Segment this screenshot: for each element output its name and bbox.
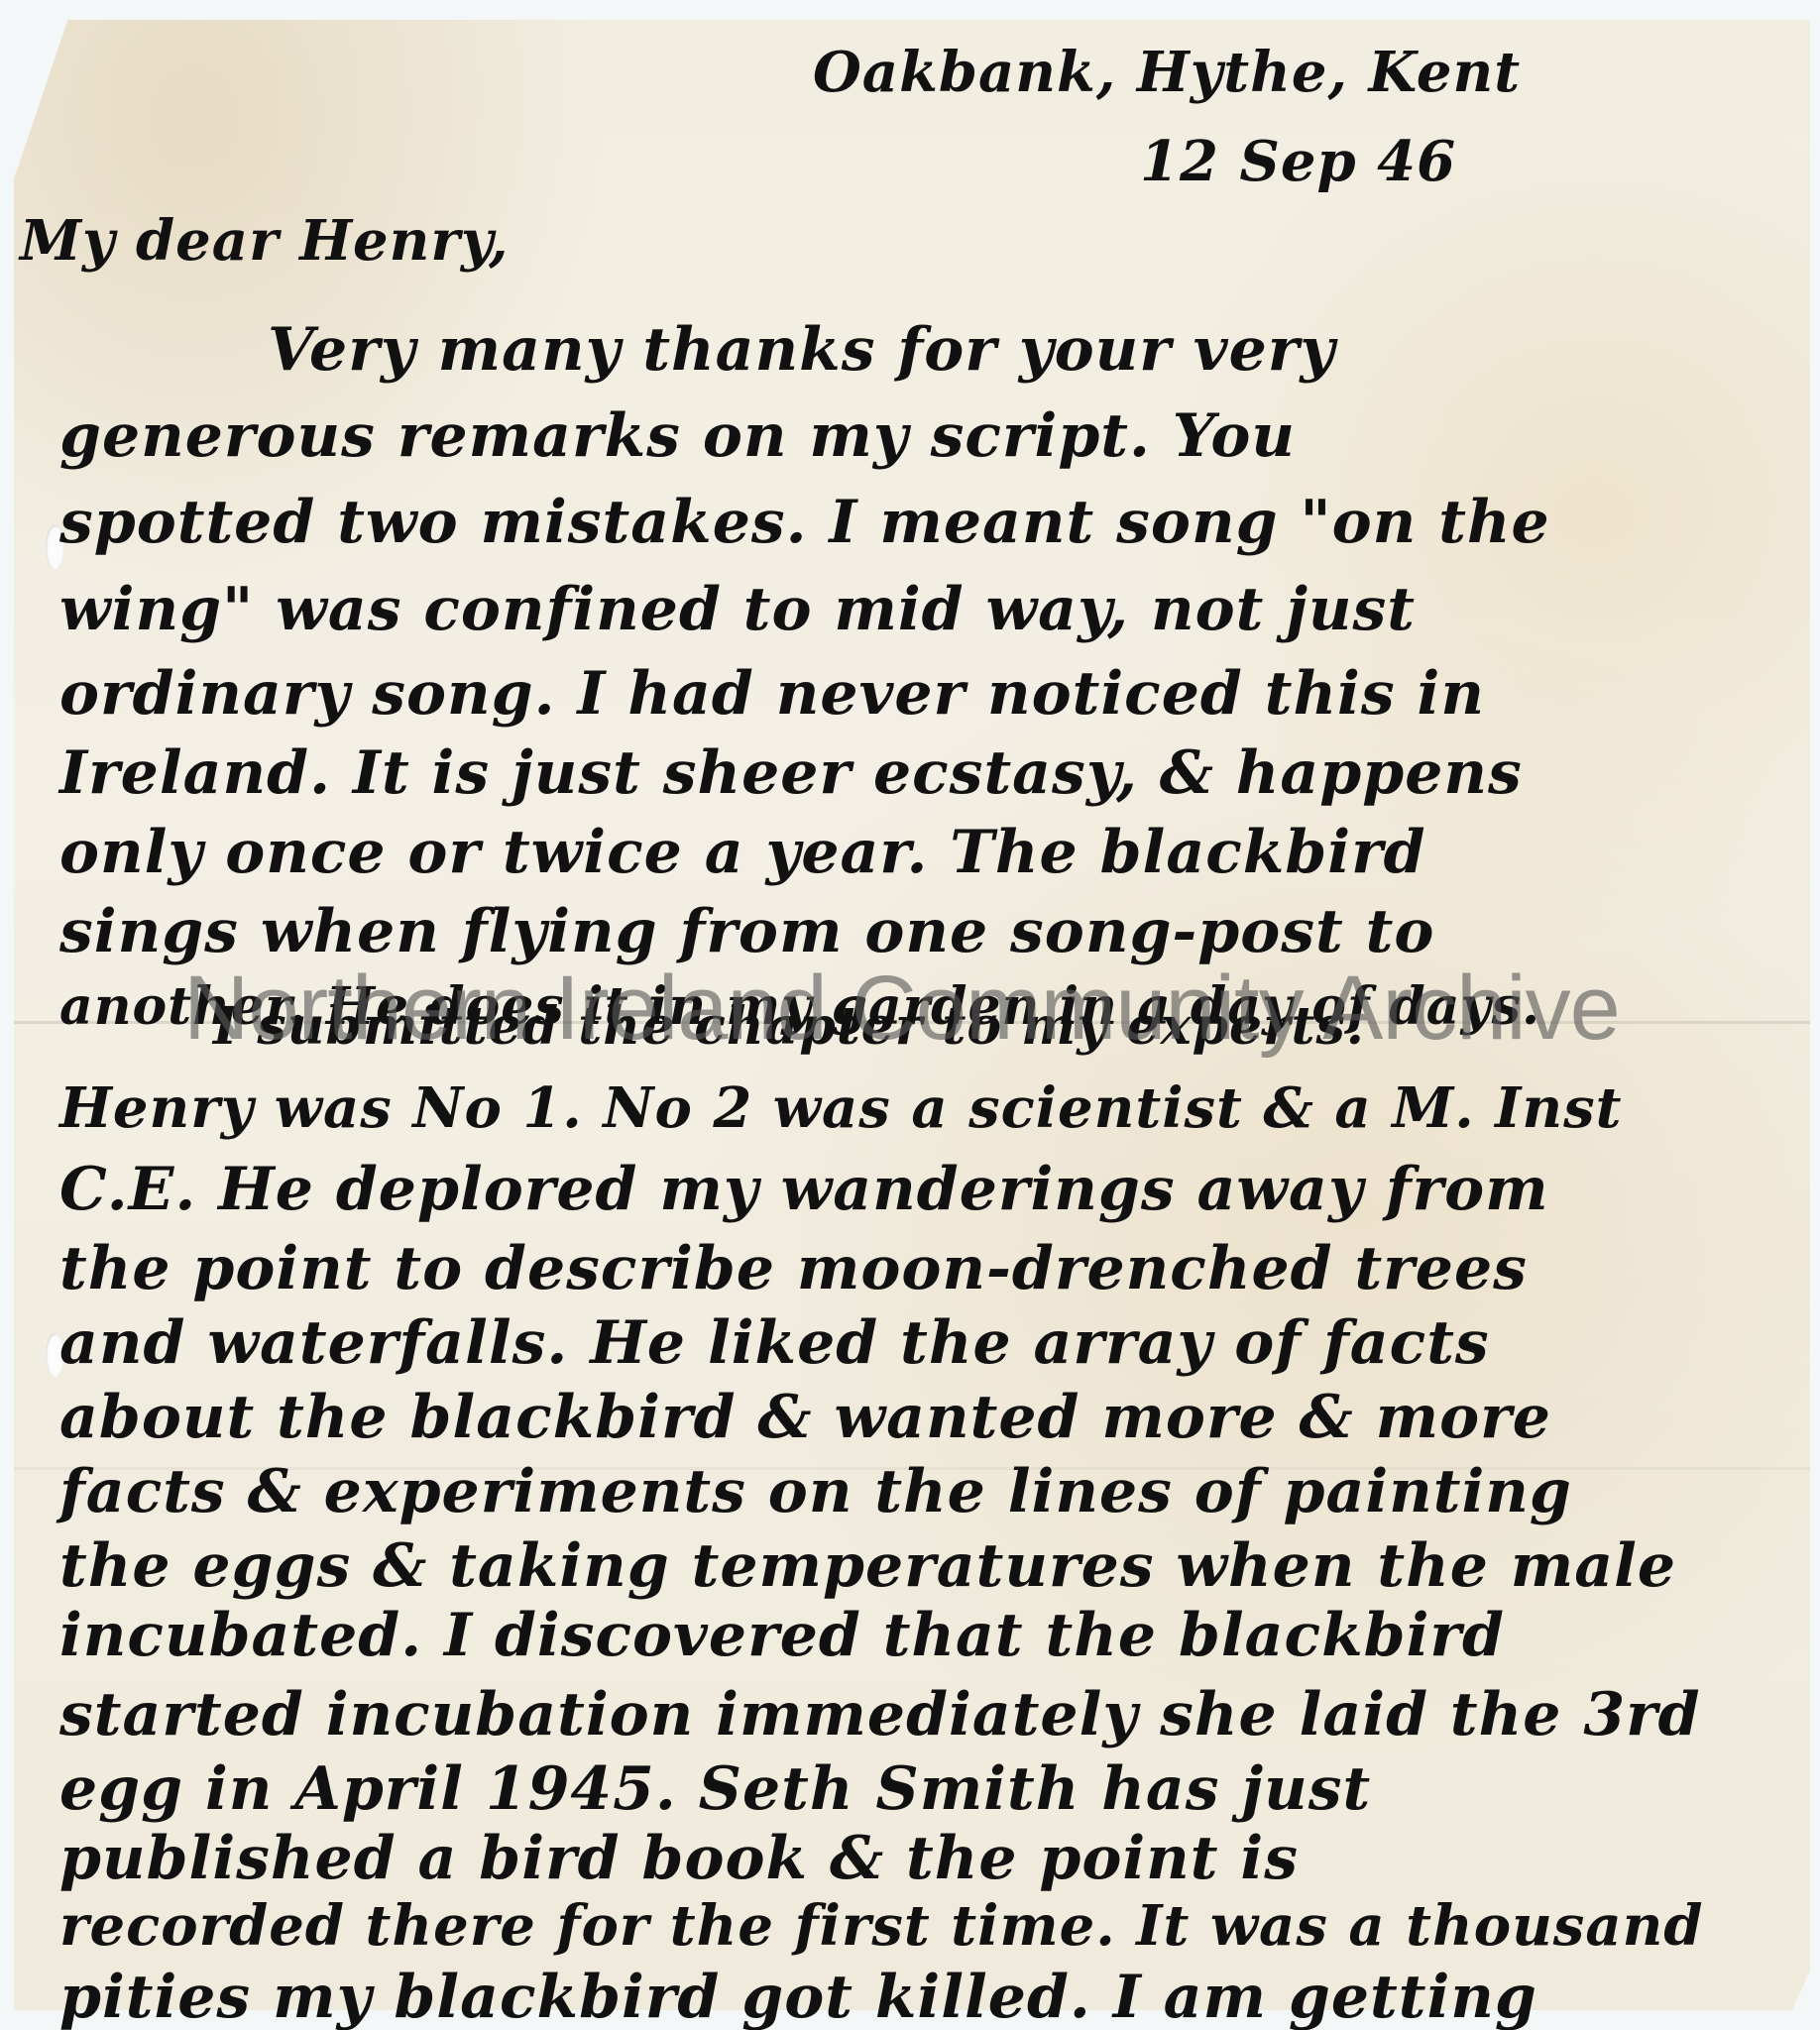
letter-line: wing" was confined to mid way, not just — [59, 575, 1416, 644]
sender-address: Oakbank, Hythe, Kent — [813, 40, 1521, 105]
salutation: My dear Henry, — [20, 208, 510, 274]
letter-line: facts & experiments on the lines of pain… — [59, 1457, 1572, 1526]
letter-line: published a bird book & the point is — [59, 1824, 1299, 1893]
letter-line: generous remarks on my script. You — [59, 401, 1296, 471]
letter-line: the point to describe moon-drenched tree… — [59, 1234, 1528, 1303]
letter-line: incubated. I discovered that the blackbi… — [59, 1601, 1505, 1670]
letter-line: spotted two mistakes. I meant song "on t… — [59, 488, 1550, 557]
archive-watermark: Northern Ireland Community Archive — [183, 957, 1620, 1061]
letter-line: recorded there for the first time. It wa… — [59, 1893, 1703, 1959]
letter-line: about the blackbird & wanted more & more — [59, 1383, 1551, 1452]
letter-line: Very many thanks for your very — [268, 315, 1335, 385]
letter-line: only once or twice a year. The blackbird — [59, 818, 1426, 887]
letter-line: the eggs & taking temperatures when the … — [59, 1531, 1676, 1601]
letter-line: C.E. He deplored my wanderings away from — [59, 1155, 1549, 1224]
letter-line: started incubation immediately she laid … — [59, 1680, 1701, 1749]
letter-date: 12 Sep 46 — [1140, 129, 1456, 194]
letter-line: and waterfalls. He liked the array of fa… — [59, 1308, 1490, 1378]
letter-line: Henry was No 1. No 2 was a scientist & a… — [59, 1075, 1623, 1141]
letter-line: ordinary song. I had never noticed this … — [59, 659, 1485, 729]
letter-line: egg in April 1945. Seth Smith has just — [59, 1754, 1371, 1824]
letter-line: Ireland. It is just sheer ecstasy, & hap… — [59, 738, 1523, 808]
letter-line: pities my blackbird got killed. I am get… — [59, 1963, 1537, 2030]
